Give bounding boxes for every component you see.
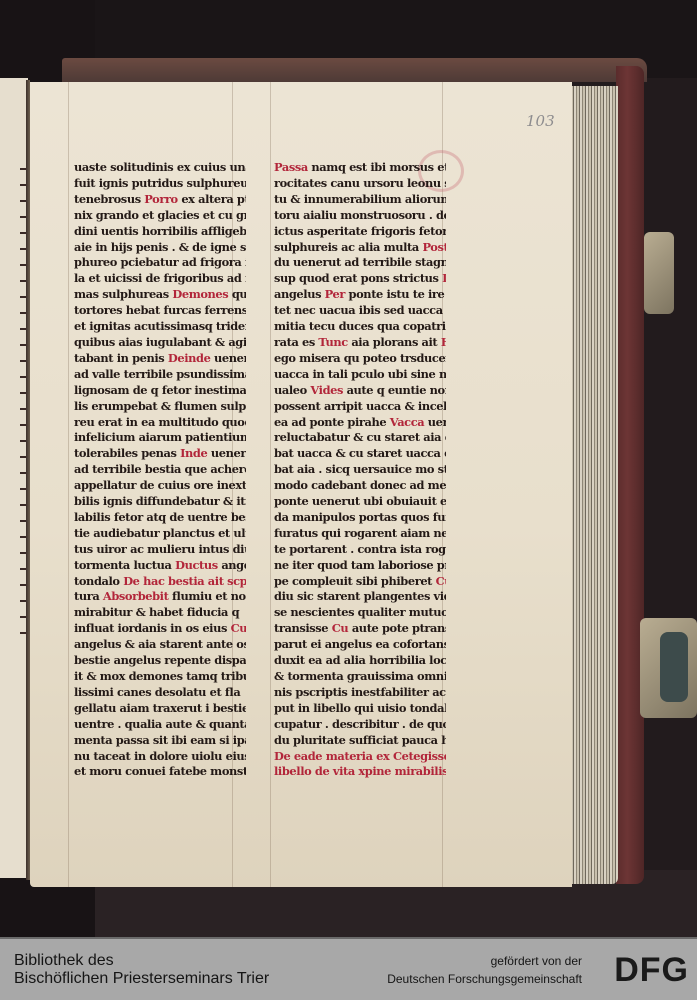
text-line: appellatur de cuius ore inextingu bbox=[74, 478, 246, 494]
text-line: fuit ignis putridus sulphureus bbox=[74, 176, 246, 192]
rubric: Vides bbox=[310, 383, 343, 397]
rubric: De eade materia ex bbox=[274, 749, 389, 763]
rubric: Cetegisse bbox=[393, 749, 446, 763]
text-line: parut ei angelus ea cofortans et bbox=[274, 637, 446, 653]
rubric: Cu bbox=[332, 621, 349, 635]
text-line: transisse Cu aute pote ptransisset ap bbox=[274, 621, 446, 637]
ruling-line bbox=[68, 82, 69, 887]
ruling-line bbox=[270, 82, 271, 887]
text-line: duxit ea ad alia horribilia loca bbox=[274, 653, 446, 669]
rubric: libello de vita xpine bbox=[274, 764, 391, 778]
rubric: Heu bbox=[441, 335, 446, 349]
rubric: Inde bbox=[180, 446, 207, 460]
text-line: bat uacca & cu staret uacca cade bbox=[274, 446, 446, 462]
folio-number: 103 bbox=[526, 112, 555, 130]
text-line: et ignitas acutissimasq tridentes bbox=[74, 319, 246, 335]
text-line: ad terribile bestia que acheros bbox=[74, 462, 246, 478]
funding-line-2: Deutschen Forschungsgemeinschaft bbox=[387, 970, 582, 988]
text-line: mas sulphureas Demones quoq bbox=[74, 287, 246, 303]
text-line: tu & innumerabilium aliorum magni bbox=[274, 192, 446, 208]
text-line: labilis fetor atq de uentre bes bbox=[74, 510, 246, 526]
book-right-board bbox=[616, 66, 644, 884]
text-line: mitia tecu duces qua copatri tuo fu bbox=[274, 319, 446, 335]
text-line: pe compleuit sibi phiberet Cumque bbox=[274, 574, 446, 590]
text-line: possent arripit uacca & incebatur bbox=[274, 399, 446, 415]
rubric: Cumque bbox=[436, 574, 446, 588]
rubric: mirabilis bbox=[395, 764, 446, 778]
text-column-b: Passa namq est ibi morsus et ferocitates… bbox=[274, 160, 446, 780]
text-line: ego misera qu poteo trsducere bbox=[274, 351, 446, 367]
text-line: te portarent . contra ista rogarent bbox=[274, 542, 446, 558]
text-line: put in libello qui uisio tondali nu bbox=[274, 701, 446, 717]
text-line: sup quod erat pons strictus Dixitq bbox=[274, 271, 446, 287]
text-line: tenebrosus Porro ex altera pte bbox=[74, 192, 246, 208]
clasp-icon bbox=[644, 232, 674, 314]
clasp-icon bbox=[640, 618, 697, 718]
text-line: aie in hijs penis . & de igne sul bbox=[74, 240, 246, 256]
text-line: tormenta luctua Ductus angelo bbox=[74, 558, 246, 574]
text-line: rocitates canu ursoru leonu serpe bbox=[274, 176, 446, 192]
rubric: Porro bbox=[144, 192, 177, 206]
rubric: Passa bbox=[274, 160, 308, 174]
institution-name: Bibliothek des Bischöflichen Priestersem… bbox=[14, 952, 269, 988]
page-fore-edge bbox=[568, 86, 618, 884]
funding-line-1: gefördert von der bbox=[387, 952, 582, 970]
text-line: furatus qui rogarent aiam ne po bbox=[274, 526, 446, 542]
text-line: diu sic starent plangentes viderut bbox=[274, 589, 446, 605]
rubric: Tunc bbox=[318, 335, 347, 349]
text-line: uentre . qualia aute & quanta tor bbox=[74, 717, 246, 733]
dfg-logo[interactable]: DFG bbox=[614, 951, 689, 989]
text-line: angelus Per ponte istu te ire opor bbox=[274, 287, 446, 303]
text-line: influat iordanis in os eius Cumq bbox=[74, 621, 246, 637]
text-line: du pluritate sufficiat pauca hec bbox=[274, 733, 446, 749]
manuscript-page: 103 uaste solitudinis ex cuius una ptefu… bbox=[30, 82, 572, 887]
text-line: Passa namq est ibi morsus et fe bbox=[274, 160, 446, 176]
text-line: ictus asperitate frigoris fetorem bbox=[274, 224, 446, 240]
text-line: tet nec uacua ibis sed uacca mo bbox=[274, 303, 446, 319]
text-line: libello de vita xpine mirabilis bbox=[274, 764, 446, 780]
text-line: ea ad ponte pirahe Vacca uero bbox=[274, 415, 446, 431]
text-line: it & mox demones tamq tribu bbox=[74, 669, 246, 685]
text-line: nu taceat in dolore uiolu eius bbox=[74, 749, 246, 765]
rubric: Ductus bbox=[175, 558, 218, 572]
funding-note: gefördert von der Deutschen Forschungsge… bbox=[387, 952, 582, 988]
rubric: Absorbebit bbox=[103, 589, 169, 603]
text-line: angelus & aia starent ante os bbox=[74, 637, 246, 653]
rubric: Demones bbox=[172, 287, 228, 301]
text-line: dini uentis horribilis affligebatu bbox=[74, 224, 246, 240]
rubric: Vacca bbox=[390, 415, 424, 429]
text-line: infelicium aiarum patientium ibi in bbox=[74, 430, 246, 446]
text-column-a: uaste solitudinis ex cuius una ptefuit i… bbox=[74, 160, 246, 780]
text-line: uacca in tali pculo ubi sine non bbox=[274, 367, 446, 383]
text-line: mirabitur & habet fiducia q bbox=[74, 605, 246, 621]
text-line: uaste solitudinis ex cuius una pte bbox=[74, 160, 246, 176]
text-line: tura Absorbebit flumiu et non bbox=[74, 589, 246, 605]
text-line: De eade materia ex Cetegisse bbox=[274, 749, 446, 765]
text-line: ualeo Vides aute q euntie non bbox=[274, 383, 446, 399]
text-line: nis pscriptis inestfabiliter acerbiora bbox=[274, 685, 446, 701]
text-line: rata es Tunc aia plorans ait Heu bbox=[274, 335, 446, 351]
text-line: cupatur . describitur . de quo ad vita bbox=[274, 717, 446, 733]
text-line: reu erat in ea multitudo quoq bbox=[74, 415, 246, 431]
text-line: reluctabatur & cu staret aia cade bbox=[274, 430, 446, 446]
text-line: quibus aias iugulabant & agi bbox=[74, 335, 246, 351]
text-line: se nescientes qualiter mutuo pet bbox=[274, 605, 446, 621]
text-line: tus uiror ac mulieru intus diuer bbox=[74, 542, 246, 558]
rubric: De hac bestia ait scp bbox=[123, 574, 246, 588]
text-line: ponte uenerut ubi obuiauit eis qui bbox=[274, 494, 446, 510]
text-line: ad valle terribile psundissima et bbox=[74, 367, 246, 383]
text-line: bat aia . sicq uersauice mo stabit bbox=[274, 462, 446, 478]
text-line: bilis ignis diffundebatur & itro bbox=[74, 494, 246, 510]
text-line: bestie angelus repente disparu bbox=[74, 653, 246, 669]
text-line: lissimi canes desolatu et fla bbox=[74, 685, 246, 701]
text-line: & tormenta grauissima omnibus pe bbox=[274, 669, 446, 685]
book-top-board bbox=[62, 58, 647, 82]
text-line: menta passa sit ibi eam si ipa bbox=[74, 733, 246, 749]
text-line: lignosam de q fetor inestimabi bbox=[74, 383, 246, 399]
rubric: Cumq bbox=[231, 621, 246, 635]
left-page-edge bbox=[0, 78, 28, 878]
text-line: gellatu aiam traxerut i bestie bbox=[74, 701, 246, 717]
text-line: nix grando et glacies et cu gra bbox=[74, 208, 246, 224]
text-line: la et uicissi de frigoribus ad fla bbox=[74, 271, 246, 287]
text-line: et moru conuei fatebe monstratur bbox=[74, 764, 246, 780]
text-line: sulphureis ac alia multa Postmo bbox=[274, 240, 446, 256]
text-line: lis erumpebat & flumen sulphu bbox=[74, 399, 246, 415]
rubric: Dixitq bbox=[442, 271, 446, 285]
text-line: ne iter quod tam laboriose pro bbox=[274, 558, 446, 574]
text-line: modo cadebant donec ad mediu bbox=[274, 478, 446, 494]
text-line: tondalo De hac bestia ait scp bbox=[74, 574, 246, 590]
rubric: Deinde bbox=[168, 351, 211, 365]
footer-banner: Bibliothek des Bischöflichen Priestersem… bbox=[0, 937, 697, 1000]
text-line: tabant in penis Deinde uenerut bbox=[74, 351, 246, 367]
text-line: tolerabiles penas Inde uenerunt bbox=[74, 446, 246, 462]
rubric: Postmo bbox=[422, 240, 446, 254]
institution-line-2: Bischöflichen Priesterseminars Trier bbox=[14, 970, 269, 988]
text-line: du uenerut ad terribile stagnum bbox=[274, 255, 446, 271]
text-line: phureo pciebatur ad frigora il bbox=[74, 255, 246, 271]
rubric: Per bbox=[325, 287, 345, 301]
text-line: tie audiebatur planctus et ulula bbox=[74, 526, 246, 542]
manuscript-viewer[interactable]: 103 uaste solitudinis ex cuius una ptefu… bbox=[0, 0, 697, 937]
text-line: da manipulos portas quos fuit bbox=[274, 510, 446, 526]
text-line: tortores hebat furcas ferrens bbox=[74, 303, 246, 319]
text-line: toru aialiu monstruosoru . demonu bbox=[274, 208, 446, 224]
institution-line-1: Bibliothek des bbox=[14, 952, 269, 970]
